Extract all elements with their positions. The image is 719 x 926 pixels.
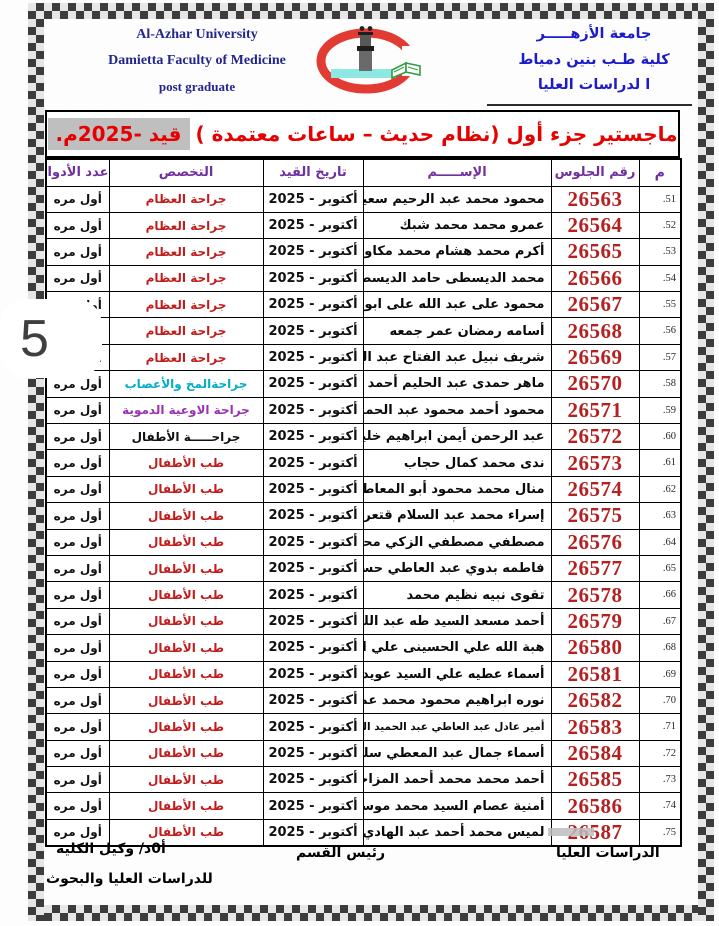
table-row: .53 26565 أكرم محمد هشام محمد مكاوى على … bbox=[46, 239, 681, 265]
seat-number-cell: 26568 bbox=[551, 318, 639, 344]
rounds-cell: أول مره bbox=[46, 714, 109, 740]
rounds-cell: أول مره bbox=[46, 767, 109, 793]
table-row: .58 26570 ماهر حمدى عبد الحليم أحمد أكتو… bbox=[46, 371, 681, 397]
specialization-cell: جراحة العظام bbox=[109, 212, 263, 238]
table-row: .66 26578 تقوى نبيه نظيم محمد أكتوبر - 2… bbox=[46, 582, 681, 608]
table-row: .63 26575 إسراء محمد عبد السلام قتعر أكت… bbox=[46, 503, 681, 529]
table-row: .54 26566 محمد الديسطى حامد الديسطى حامد… bbox=[46, 265, 681, 291]
student-roster-table: م رقم الجلوس الإســـــم تاريخ القيد التخ… bbox=[45, 158, 682, 847]
specialization-cell: طب الأطفال bbox=[109, 450, 263, 476]
enroll-date-cell: أكتوبر - 2025 bbox=[263, 265, 363, 291]
serial-cell: .51 bbox=[639, 186, 681, 212]
serial-cell: .60 bbox=[639, 424, 681, 450]
scan-artifact bbox=[548, 828, 594, 836]
specialization-cell: جراحة العظام bbox=[109, 239, 263, 265]
serial-cell: .72 bbox=[639, 740, 681, 766]
enroll-date-cell: أكتوبر - 2025 bbox=[263, 819, 363, 846]
seat-number-cell: 26570 bbox=[551, 371, 639, 397]
specialization-cell: جراحة العظام bbox=[109, 318, 263, 344]
enroll-date-cell: أكتوبر - 2025 bbox=[263, 371, 363, 397]
postgraduate-label-en: post graduate bbox=[88, 74, 306, 100]
serial-cell: .71 bbox=[639, 714, 681, 740]
serial-cell: .62 bbox=[639, 476, 681, 502]
specialization-cell: طب الأطفال bbox=[109, 503, 263, 529]
table-header-row: م رقم الجلوس الإســـــم تاريخ القيد التخ… bbox=[46, 159, 681, 186]
seat-number-cell: 26586 bbox=[551, 793, 639, 819]
seat-number-cell: 26572 bbox=[551, 424, 639, 450]
rounds-cell: أول مره bbox=[46, 450, 109, 476]
student-name-cell: إسراء محمد عبد السلام قتعر bbox=[363, 503, 551, 529]
table-row: .57 26569 شريف نبيل عبد الفتاح عبد العزي… bbox=[46, 344, 681, 370]
student-name-cell: فاطمه بدوي عبد العاطي حسن bbox=[363, 555, 551, 581]
enroll-date-cell: أكتوبر - 2025 bbox=[263, 292, 363, 318]
serial-cell: .53 bbox=[639, 239, 681, 265]
serial-cell: .66 bbox=[639, 582, 681, 608]
specialization-cell: طب الأطفال bbox=[109, 555, 263, 581]
specialization-cell: طب الأطفال bbox=[109, 529, 263, 555]
serial-cell: .52 bbox=[639, 212, 681, 238]
serial-cell: .73 bbox=[639, 767, 681, 793]
specialization-cell: طب الأطفال bbox=[109, 740, 263, 766]
table-row: .61 26573 ندى محمد كمال حجاب أكتوبر - 20… bbox=[46, 450, 681, 476]
table-row: .59 26571 محمود أحمد محمود عبد الحميد حن… bbox=[46, 397, 681, 423]
enroll-date-cell: أكتوبر - 2025 bbox=[263, 740, 363, 766]
serial-cell: .59 bbox=[639, 397, 681, 423]
seat-number-cell: 26576 bbox=[551, 529, 639, 555]
seat-number-cell: 26579 bbox=[551, 608, 639, 634]
student-name-cell: أمنية عصام السيد محمد موسي bbox=[363, 793, 551, 819]
rounds-cell: أول مره bbox=[46, 529, 109, 555]
rounds-cell: أول مره bbox=[46, 740, 109, 766]
seat-number-cell: 26582 bbox=[551, 687, 639, 713]
student-name-cell: أسامه رمضان عمر جمعه bbox=[363, 318, 551, 344]
table-row: .69 26581 أسماء عطيه علي السيد عويد أكتو… bbox=[46, 661, 681, 687]
rounds-cell: أول مره bbox=[46, 635, 109, 661]
signature-vice-dean-line1: أ0د/ وكيل الكلية bbox=[56, 841, 166, 857]
rounds-cell: أول مره bbox=[46, 424, 109, 450]
student-name-cell: محمود على عبد الله على ابو عبد الله bbox=[363, 292, 551, 318]
header-arabic: جامعة الأزهـــــر كلية طـب بنين دمياط ا … bbox=[490, 22, 698, 99]
seat-number-cell: 26577 bbox=[551, 555, 639, 581]
serial-cell: .70 bbox=[639, 687, 681, 713]
specialization-cell: طب الأطفال bbox=[109, 687, 263, 713]
rounds-cell: أول مره bbox=[46, 503, 109, 529]
table-row: .60 26572 عبد الرحمن أيمن ابراهيم خليل غ… bbox=[46, 424, 681, 450]
table-row: .51 26563 محمود محمد عبد الرحيم سعيد أكت… bbox=[46, 186, 681, 212]
specialization-cell: طب الأطفال bbox=[109, 714, 263, 740]
enroll-date-cell: أكتوبر - 2025 bbox=[263, 397, 363, 423]
faculty-name-ar: كلية طـب بنين دمياط bbox=[490, 48, 698, 74]
seat-number-cell: 26563 bbox=[551, 186, 639, 212]
table-row: .64 26576 مصطفي مصطفي الزكي محمد العباسي… bbox=[46, 529, 681, 555]
student-name-cell: أحمد محمد محمد أحمد المزاحي bbox=[363, 767, 551, 793]
serial-cell: .56 bbox=[639, 318, 681, 344]
rounds-cell: أول مره bbox=[46, 582, 109, 608]
enroll-date-cell: أكتوبر - 2025 bbox=[263, 239, 363, 265]
serial-cell: .65 bbox=[639, 555, 681, 581]
enroll-date-cell: أكتوبر - 2025 bbox=[263, 476, 363, 502]
seat-number-cell: 26565 bbox=[551, 239, 639, 265]
enroll-date-cell: أكتوبر - 2025 bbox=[263, 582, 363, 608]
student-name-cell: عمرو محمد محمد شبك bbox=[363, 212, 551, 238]
table-row: .55 26567 محمود على عبد الله على ابو عبد… bbox=[46, 292, 681, 318]
rounds-cell: أول مره bbox=[46, 186, 109, 212]
header-underline-rule bbox=[487, 104, 692, 106]
faculty-name-en: Damietta Faculty of Medicine bbox=[88, 48, 306, 74]
student-name-cell: مصطفي مصطفي الزكي محمد العباسي bbox=[363, 529, 551, 555]
enroll-date-cell: أكتوبر - 2025 bbox=[263, 687, 363, 713]
table-row: .52 26564 عمرو محمد محمد شبك أكتوبر - 20… bbox=[46, 212, 681, 238]
col-header-serial: م bbox=[639, 159, 681, 186]
student-name-cell: منال محمد محمود أبو المعاطي حجازي bbox=[363, 476, 551, 502]
decorative-border-top bbox=[28, 3, 714, 19]
enroll-date-cell: أكتوبر - 2025 bbox=[263, 450, 363, 476]
header-english: Al-Azhar University Damietta Faculty of … bbox=[88, 22, 306, 100]
rounds-cell: أول مره bbox=[46, 687, 109, 713]
student-name-cell: أسماء عطيه علي السيد عويد bbox=[363, 661, 551, 687]
faculty-logo-icon bbox=[314, 24, 424, 94]
serial-cell: .58 bbox=[639, 371, 681, 397]
decorative-border-left bbox=[28, 3, 44, 921]
student-name-cell: أكرم محمد هشام محمد مكاوى على bbox=[363, 239, 551, 265]
student-name-cell: ماهر حمدى عبد الحليم أحمد bbox=[363, 371, 551, 397]
enroll-date-cell: أكتوبر - 2025 bbox=[263, 635, 363, 661]
enroll-date-cell: أكتوبر - 2025 bbox=[263, 344, 363, 370]
rounds-cell: أول مره bbox=[46, 476, 109, 502]
seat-number-cell: 26581 bbox=[551, 661, 639, 687]
serial-cell: .57 bbox=[639, 344, 681, 370]
table-row: .70 26582 نوره ابراهيم محمود محمد عمر شب… bbox=[46, 687, 681, 713]
seat-number-cell: 26569 bbox=[551, 344, 639, 370]
col-header-name: الإســـــم bbox=[363, 159, 551, 186]
scanned-roster-page: Al-Azhar University Damietta Faculty of … bbox=[0, 0, 719, 926]
title-highlighted-year: قيد -2025م. bbox=[48, 118, 190, 150]
student-name-cell: أمير عادل عبد العاطي عبد الحميد الشربيني bbox=[363, 714, 551, 740]
student-name-cell: عبد الرحمن أيمن ابراهيم خليل غريب bbox=[363, 424, 551, 450]
seat-number-cell: 26573 bbox=[551, 450, 639, 476]
rounds-cell: أول مره bbox=[46, 555, 109, 581]
student-name-cell: محمود أحمد محمود عبد الحميد حنيجل bbox=[363, 397, 551, 423]
specialization-cell: طب الأطفال bbox=[109, 793, 263, 819]
serial-cell: .64 bbox=[639, 529, 681, 555]
table-row: .72 26584 أسماء جمال عبد المعطي سليمان أ… bbox=[46, 740, 681, 766]
enroll-date-cell: أكتوبر - 2025 bbox=[263, 661, 363, 687]
enroll-date-cell: أكتوبر - 2025 bbox=[263, 767, 363, 793]
signature-dept-head: رئيس القسم bbox=[296, 845, 385, 861]
serial-cell: .69 bbox=[639, 661, 681, 687]
rounds-cell: أول مره bbox=[46, 608, 109, 634]
student-name-cell: لميس محمد أحمد عبد الهادي سمره bbox=[363, 819, 551, 846]
specialization-cell: طب الأطفال bbox=[109, 635, 263, 661]
rounds-cell: أول مره bbox=[46, 265, 109, 291]
rounds-cell: أول مره bbox=[46, 661, 109, 687]
table-row: .65 26577 فاطمه بدوي عبد العاطي حسن أكتو… bbox=[46, 555, 681, 581]
specialization-cell: طب الأطفال bbox=[109, 608, 263, 634]
serial-cell: .54 bbox=[639, 265, 681, 291]
decorative-border-bottom bbox=[28, 905, 714, 921]
serial-cell: .75 bbox=[639, 819, 681, 846]
rounds-cell: أول مره bbox=[46, 212, 109, 238]
title-main-text: ماجستير جزء أول (نظام حديث – ساعات معتمد… bbox=[196, 122, 678, 146]
specialization-cell: جراحة العظام bbox=[109, 292, 263, 318]
enroll-date-cell: أكتوبر - 2025 bbox=[263, 186, 363, 212]
table-row: .68 26580 هبة الله علي الحسينى علي الحنف… bbox=[46, 635, 681, 661]
enroll-date-cell: أكتوبر - 2025 bbox=[263, 608, 363, 634]
grad-studies-label-ar: ا لدراسات العليا bbox=[490, 73, 698, 99]
enroll-date-cell: أكتوبر - 2025 bbox=[263, 793, 363, 819]
rounds-cell: أول مره bbox=[46, 793, 109, 819]
enroll-date-cell: أكتوبر - 2025 bbox=[263, 318, 363, 344]
seat-number-cell: 26575 bbox=[551, 503, 639, 529]
serial-cell: .74 bbox=[639, 793, 681, 819]
table-row: .62 26574 منال محمد محمود أبو المعاطي حج… bbox=[46, 476, 681, 502]
seat-number-cell: 26578 bbox=[551, 582, 639, 608]
col-header-rounds: عدد الأدوار bbox=[46, 159, 109, 186]
student-name-cell: تقوى نبيه نظيم محمد bbox=[363, 582, 551, 608]
student-name-cell: محمد الديسطى حامد الديسطى حامد bbox=[363, 265, 551, 291]
student-table-body: .51 26563 محمود محمد عبد الرحيم سعيد أكت… bbox=[46, 186, 681, 846]
specialization-cell: جراحة العظام bbox=[109, 344, 263, 370]
table-row: .71 26583 أمير عادل عبد العاطي عبد الحمي… bbox=[46, 714, 681, 740]
student-name-cell: هبة الله علي الحسينى علي الحنفى bbox=[363, 635, 551, 661]
serial-cell: .61 bbox=[639, 450, 681, 476]
student-name-cell: محمود محمد عبد الرحيم سعيد bbox=[363, 186, 551, 212]
seat-number-cell: 26585 bbox=[551, 767, 639, 793]
seat-number-cell: 26564 bbox=[551, 212, 639, 238]
student-name-cell: أحمد مسعد السيد طه عبد اللطيف bbox=[363, 608, 551, 634]
enroll-date-cell: أكتوبر - 2025 bbox=[263, 529, 363, 555]
specialization-cell: جراحة العظام bbox=[109, 265, 263, 291]
decorative-border-right bbox=[698, 3, 714, 921]
page-number-overlay: 5 bbox=[0, 299, 102, 378]
specialization-cell: جراحـــــة الأطفال bbox=[109, 424, 263, 450]
student-name-cell: شريف نبيل عبد الفتاح عبد العزيز bbox=[363, 344, 551, 370]
col-header-specialization: التخصص bbox=[109, 159, 263, 186]
table-row: .74 26586 أمنية عصام السيد محمد موسي أكت… bbox=[46, 793, 681, 819]
university-name-ar: جامعة الأزهـــــر bbox=[490, 22, 698, 48]
specialization-cell: طب الأطفال bbox=[109, 582, 263, 608]
table-row: .67 26579 أحمد مسعد السيد طه عبد اللطيف … bbox=[46, 608, 681, 634]
rounds-cell: أول مره bbox=[46, 239, 109, 265]
seat-number-cell: 26567 bbox=[551, 292, 639, 318]
university-name-en: Al-Azhar University bbox=[88, 22, 306, 48]
enroll-date-cell: أكتوبر - 2025 bbox=[263, 212, 363, 238]
seat-number-cell: 26583 bbox=[551, 714, 639, 740]
seat-number-cell: 26566 bbox=[551, 265, 639, 291]
seat-number-cell: 26571 bbox=[551, 397, 639, 423]
seat-number-cell: 26580 bbox=[551, 635, 639, 661]
specialization-cell: طب الأطفال bbox=[109, 661, 263, 687]
seat-number-cell: 26574 bbox=[551, 476, 639, 502]
enroll-date-cell: أكتوبر - 2025 bbox=[263, 555, 363, 581]
serial-cell: .68 bbox=[639, 635, 681, 661]
table-row: .73 26585 أحمد محمد محمد أحمد المزاحي أك… bbox=[46, 767, 681, 793]
page-number: 5 bbox=[0, 313, 49, 365]
specialization-cell: جراحةالمخ والأعصاب bbox=[109, 371, 263, 397]
enroll-date-cell: أكتوبر - 2025 bbox=[263, 424, 363, 450]
enroll-date-cell: أكتوبر - 2025 bbox=[263, 714, 363, 740]
document-title-banner: ماجستير جزء أول (نظام حديث – ساعات معتمد… bbox=[45, 110, 680, 158]
col-header-seat-number: رقم الجلوس bbox=[551, 159, 639, 186]
signature-grad-studies: الدراسات العليا bbox=[556, 845, 660, 861]
signature-vice-dean-line2: للدراسات العليا والبحوث bbox=[46, 871, 213, 887]
specialization-cell: طب الأطفال bbox=[109, 767, 263, 793]
student-name-cell: ندى محمد كمال حجاب bbox=[363, 450, 551, 476]
rounds-cell: أول مره bbox=[46, 397, 109, 423]
student-name-cell: أسماء جمال عبد المعطي سليمان bbox=[363, 740, 551, 766]
table-row: .56 26568 أسامه رمضان عمر جمعه أكتوبر - … bbox=[46, 318, 681, 344]
specialization-cell: طب الأطفال bbox=[109, 476, 263, 502]
specialization-cell: جراحة الاوعية الدموية bbox=[109, 397, 263, 423]
serial-cell: .67 bbox=[639, 608, 681, 634]
col-header-enroll-date: تاريخ القيد bbox=[263, 159, 363, 186]
enroll-date-cell: أكتوبر - 2025 bbox=[263, 503, 363, 529]
serial-cell: .55 bbox=[639, 292, 681, 318]
serial-cell: .63 bbox=[639, 503, 681, 529]
seat-number-cell: 26584 bbox=[551, 740, 639, 766]
student-name-cell: نوره ابراهيم محمود محمد عمر شبار bbox=[363, 687, 551, 713]
specialization-cell: جراحة العظام bbox=[109, 186, 263, 212]
